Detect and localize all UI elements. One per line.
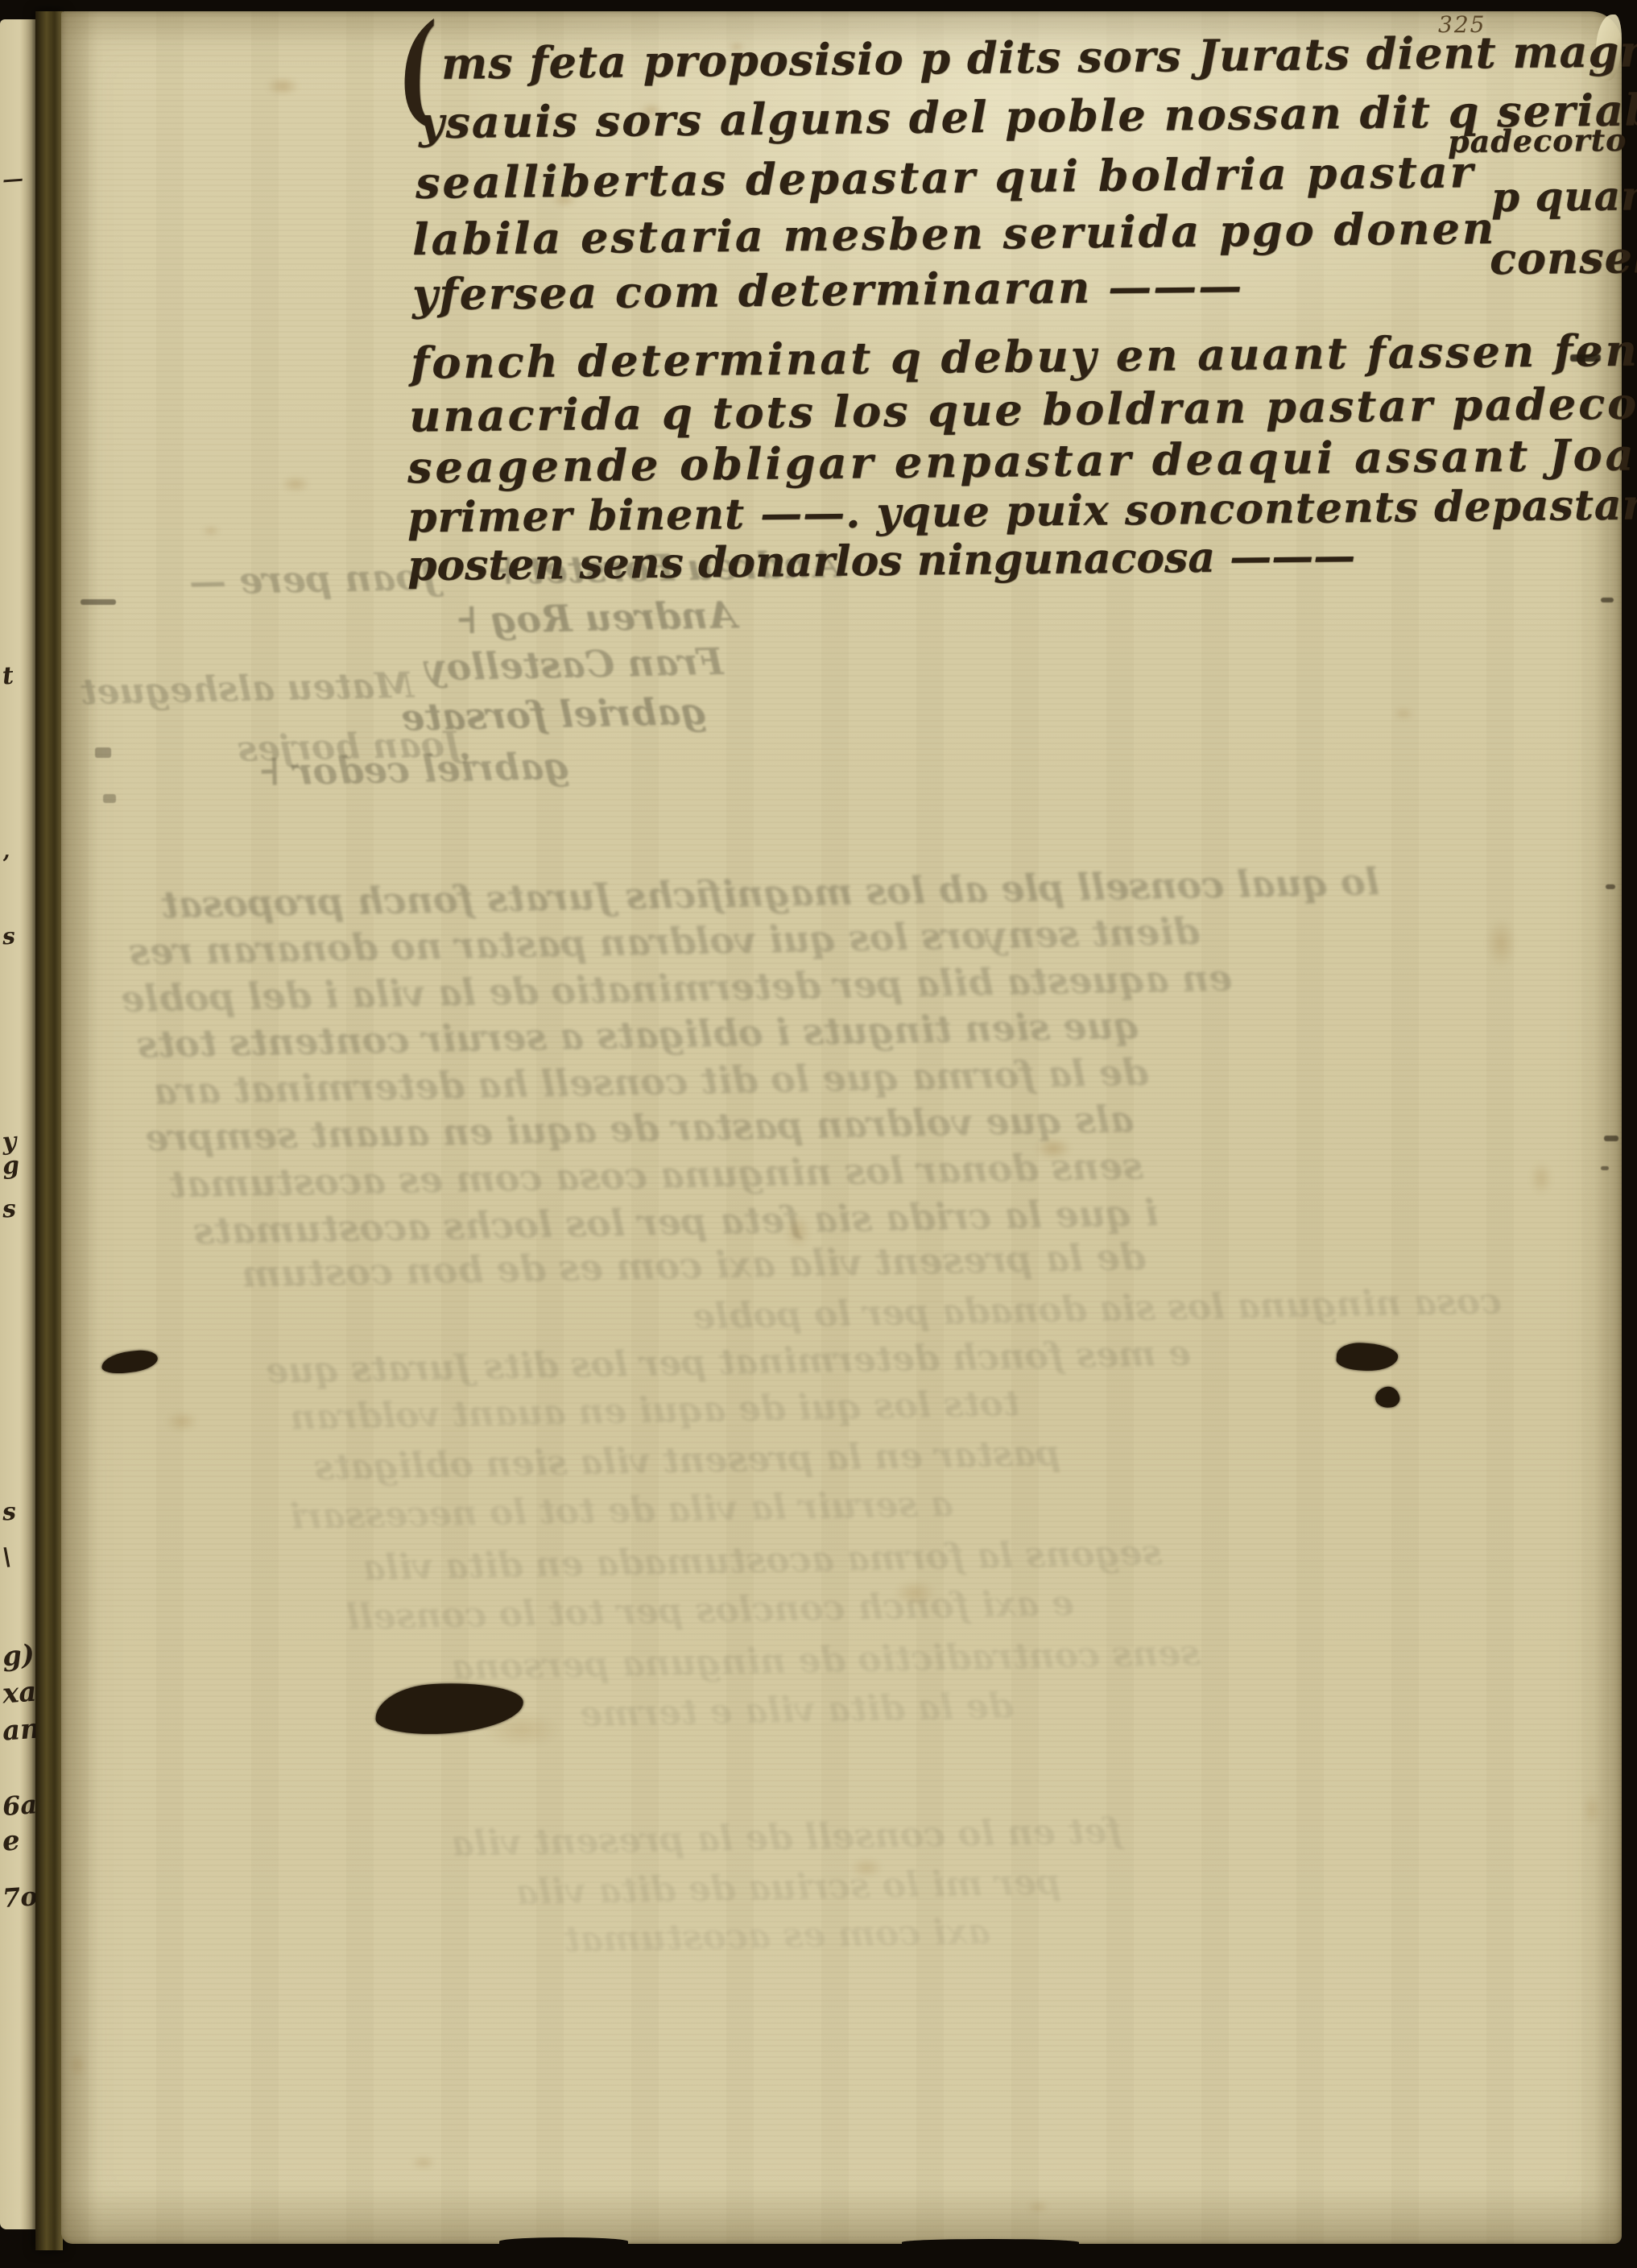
foxing-stain	[1582, 1793, 1602, 1827]
foxing-stain	[894, 1580, 936, 1606]
foxing-stain	[201, 525, 221, 536]
facing-page-text-fragment: s	[2, 1194, 17, 1223]
manuscript-line: padecorto	[1448, 122, 1627, 159]
facing-page-text-fragment: t	[2, 662, 14, 691]
foxing-stain	[1530, 1161, 1552, 1195]
facing-page-text-fragment: ʼ	[2, 850, 11, 878]
foxing-stain	[165, 1411, 199, 1432]
manuscript-scan: —tʼsygss\g)xaan6aze7oz Andreu Forstet ⊦J…	[0, 0, 1637, 2268]
showthrough-name: gabriel cedor ⊦	[257, 744, 569, 794]
folio-number: 325	[1438, 11, 1486, 38]
stray-ink-mark	[81, 599, 116, 605]
book-gutter	[35, 11, 63, 2250]
foxing-stain	[266, 77, 300, 96]
foxing-stain	[850, 1857, 883, 1878]
facing-page-text-fragment: g	[2, 1151, 20, 1180]
showthrough-name: Andreu Rog ⊦	[454, 593, 737, 642]
facing-page-text-fragment: xa	[2, 1676, 38, 1711]
showthrough-line: de la dita vila e terme	[580, 1686, 1014, 1735]
manuscript-line: yfersea com determinaran ———	[412, 260, 1244, 321]
foxing-stain	[280, 475, 311, 493]
stray-ink-mark	[103, 794, 116, 803]
foxing-stain	[1027, 2200, 1049, 2213]
facing-page-text-fragment: g)	[2, 1639, 36, 1674]
foxing-stain	[411, 2155, 436, 2170]
stray-ink-mark	[1606, 884, 1615, 889]
foxing-stain	[1393, 707, 1414, 720]
manuscript-line: posten sens donarlos ningunacosa ———	[407, 532, 1356, 590]
manuscript-line: consell	[1490, 231, 1637, 284]
foxing-stain	[1035, 1137, 1072, 1160]
stray-ink-mark	[95, 747, 111, 758]
stray-ink-mark	[1601, 598, 1614, 602]
stray-ink-mark	[1570, 354, 1601, 362]
foxing-stain	[785, 1215, 811, 1248]
showthrough-name: Joan pere —	[188, 555, 438, 603]
page-edge-notch	[499, 2237, 628, 2245]
showthrough-name: Mateu alsheguet	[81, 665, 415, 714]
facing-page-text-fragment: —	[2, 167, 24, 192]
showthrough-name: Fran Castelloy	[424, 639, 724, 689]
page-edge-notch	[902, 2239, 1079, 2245]
stray-ink-mark	[1601, 1166, 1609, 1170]
stray-ink-mark	[1604, 1136, 1618, 1141]
facing-page-text-fragment: e	[2, 1824, 21, 1857]
facing-page-text-fragment: s	[2, 922, 16, 950]
manuscript-line: p quant	[1491, 172, 1637, 221]
facing-page-text-fragment: \	[2, 1543, 12, 1572]
showthrough-line: axi com es acostumat	[564, 1911, 991, 1960]
foxing-stain	[68, 2052, 86, 2078]
foxing-stain	[1486, 918, 1516, 968]
facing-page-edge: —tʼsygss\g)xaan6aze7oz	[0, 19, 35, 2229]
facing-page-text-fragment: s	[2, 1497, 17, 1526]
